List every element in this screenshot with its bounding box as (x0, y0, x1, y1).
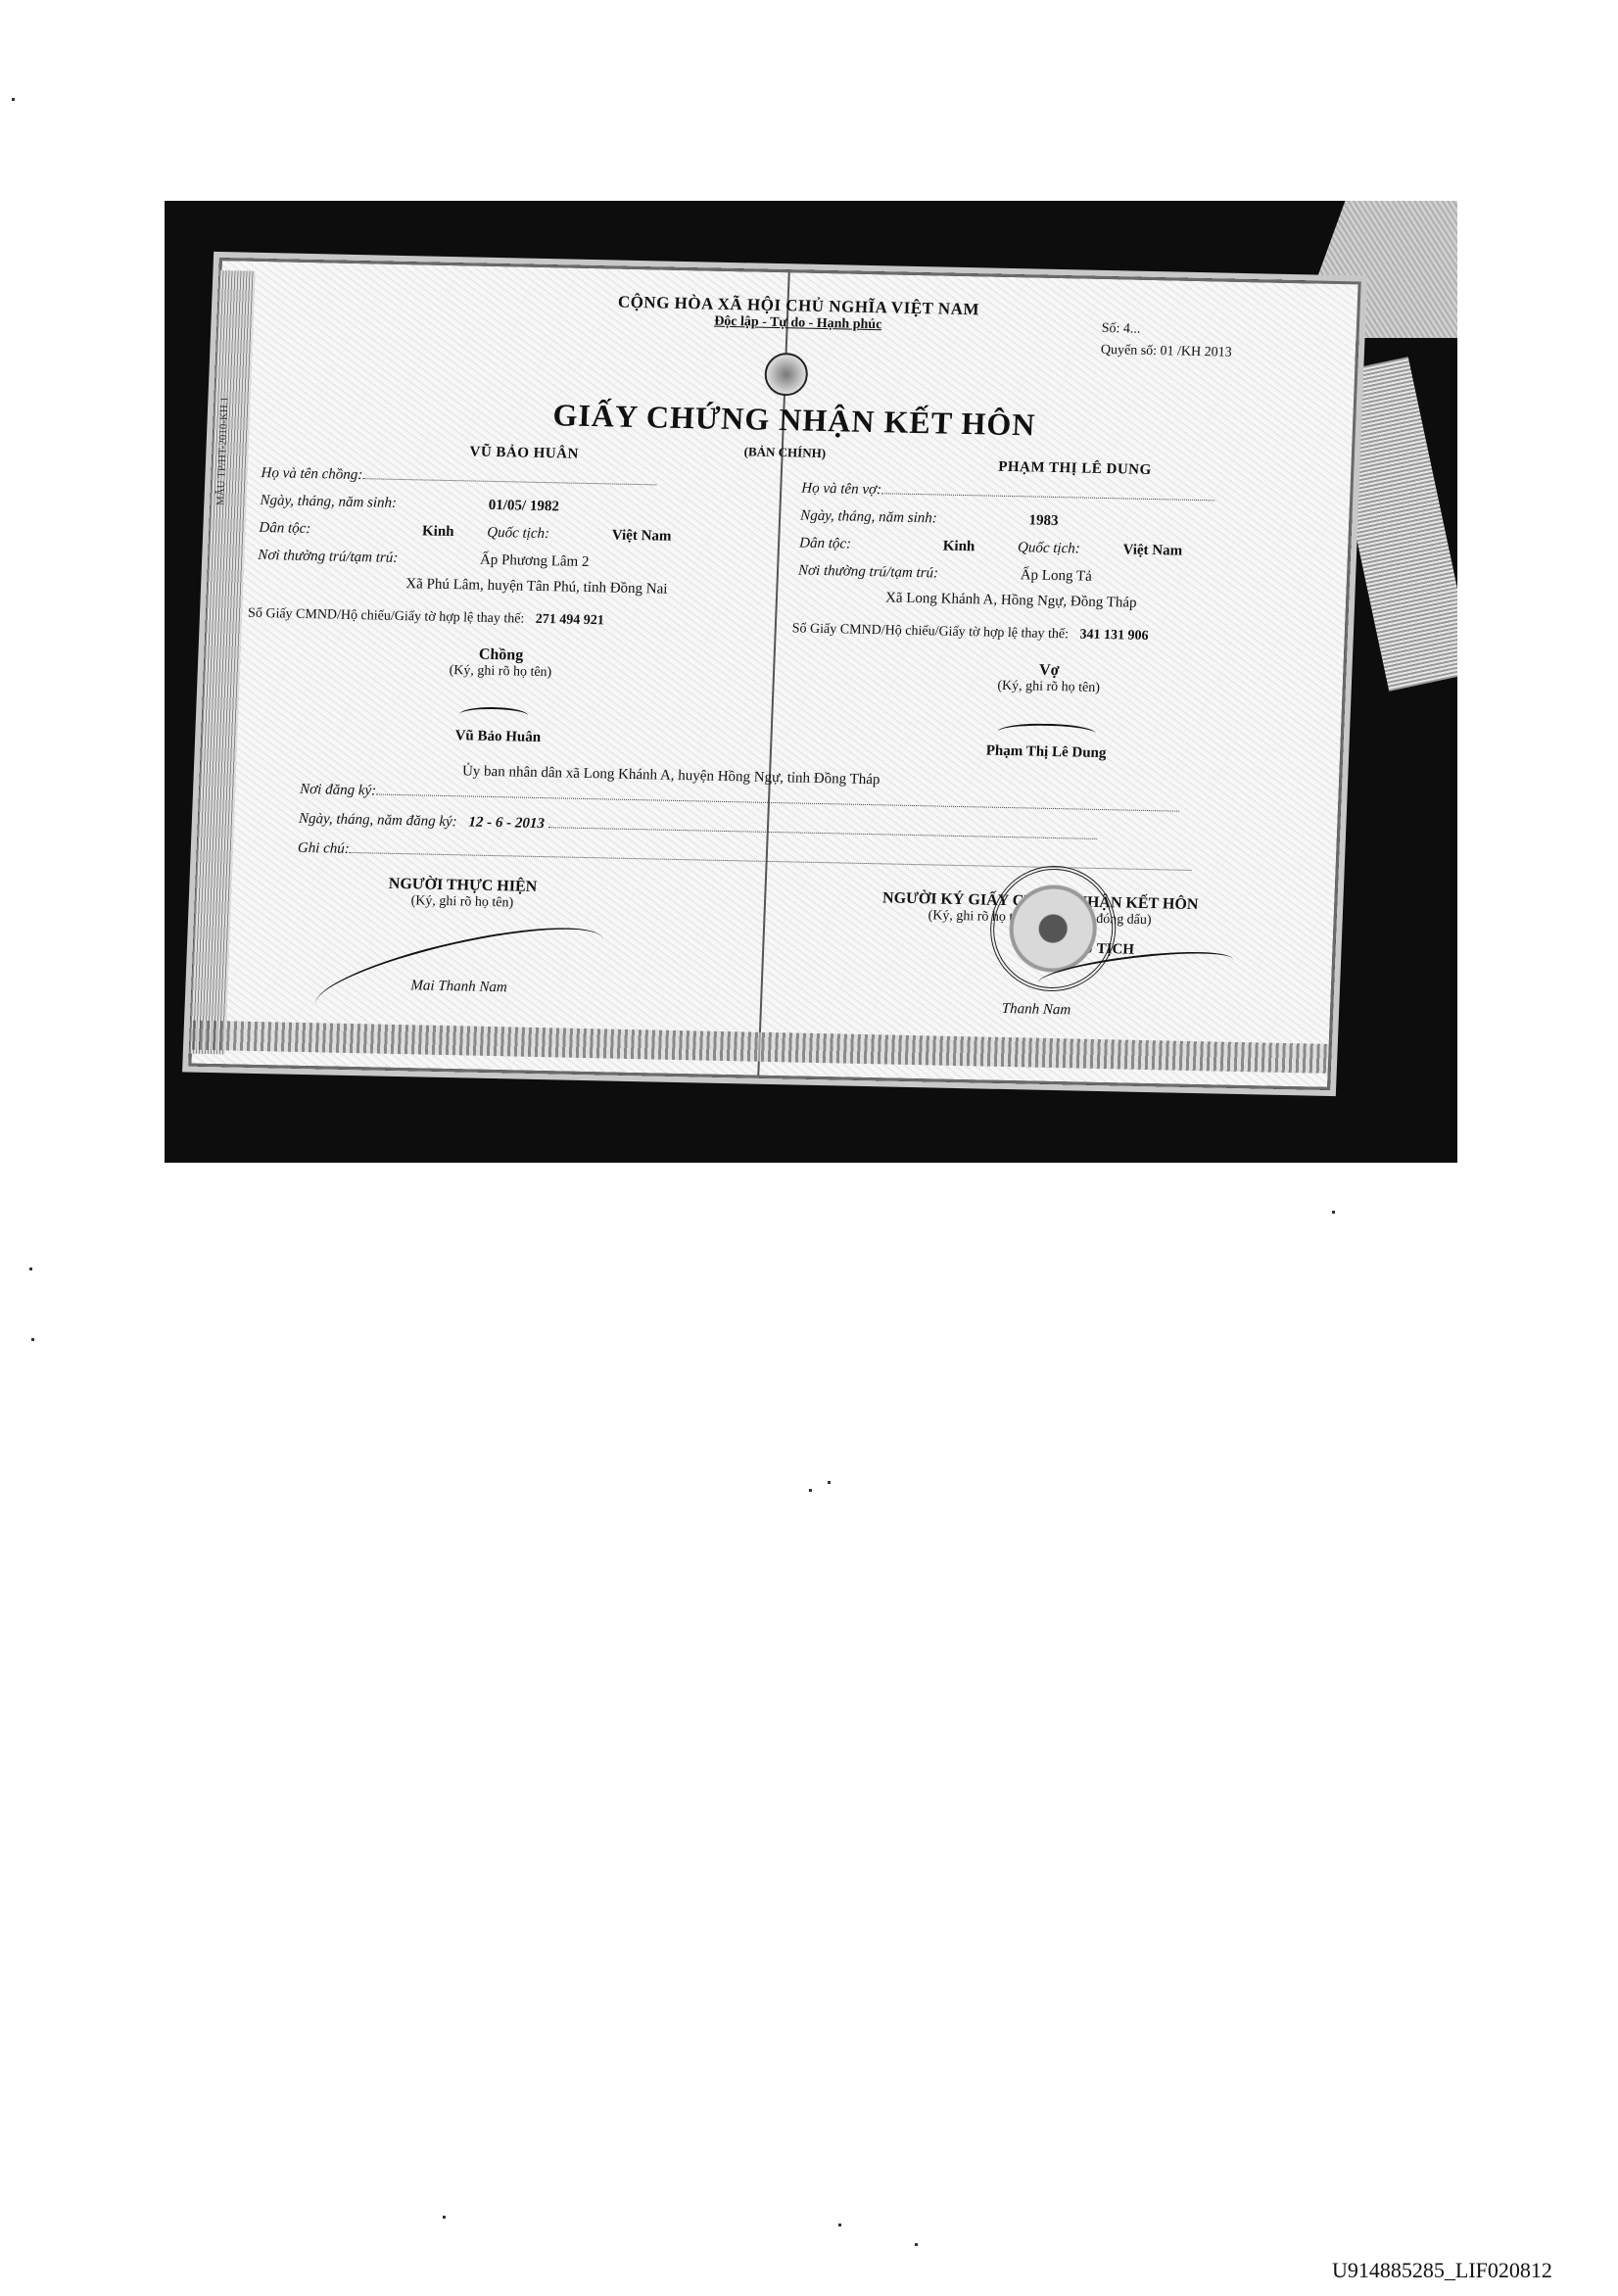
marriage-certificate: MẪU TP/HT-2010-KH.1 CỘNG HÒA XÃ HỘI CHỦ … (188, 258, 1360, 1090)
form-code: MẪU TP/HT-2010-KH.1 (214, 397, 230, 505)
husband-name-header: VŨ BẢO HUÂN (469, 444, 579, 462)
wife-signature-block: Vợ (Ký, ghi rõ họ tên) Phạm Thị Lê Dung (948, 660, 1148, 763)
wife-name-header: PHẠM THỊ LÊ DUNG (998, 459, 1152, 479)
scan-speck (31, 1338, 34, 1341)
wife-dob: 1983 (1028, 512, 1059, 529)
certificate-photo: MẪU TP/HT-2010-KH.1 CỘNG HÒA XÃ HỘI CHỦ … (165, 201, 1457, 1163)
registry-number: Số: 4... Quyển số: 01 /KH 2013 (1100, 318, 1232, 364)
number-value: 4... (1123, 321, 1141, 336)
document-id: U914885285_LIF020812 (1332, 2258, 1552, 2283)
certificate-subtitle: (BẢN CHÍNH) (743, 444, 826, 461)
scan-speck (443, 2216, 446, 2219)
scan-speck (1332, 1211, 1335, 1214)
husband-signature-block: Chồng (Ký, ghi rõ họ tên) Vũ Bảo Huân (400, 645, 599, 747)
scan-speck (12, 98, 15, 101)
husband-dob: 01/05/ 1982 (488, 498, 559, 515)
scan-speck (828, 1481, 831, 1484)
scan-speck (29, 1268, 32, 1270)
registration-date: 12 - 6 - 2013 (468, 814, 545, 832)
wife-id: 341 131 906 (1079, 628, 1149, 644)
husband-id: 271 494 921 (536, 612, 605, 628)
scan-speck (838, 2224, 841, 2226)
scan-speck (915, 2243, 918, 2246)
scan-speck (809, 1489, 812, 1492)
book-value: 01 /KH 2013 (1160, 344, 1232, 360)
